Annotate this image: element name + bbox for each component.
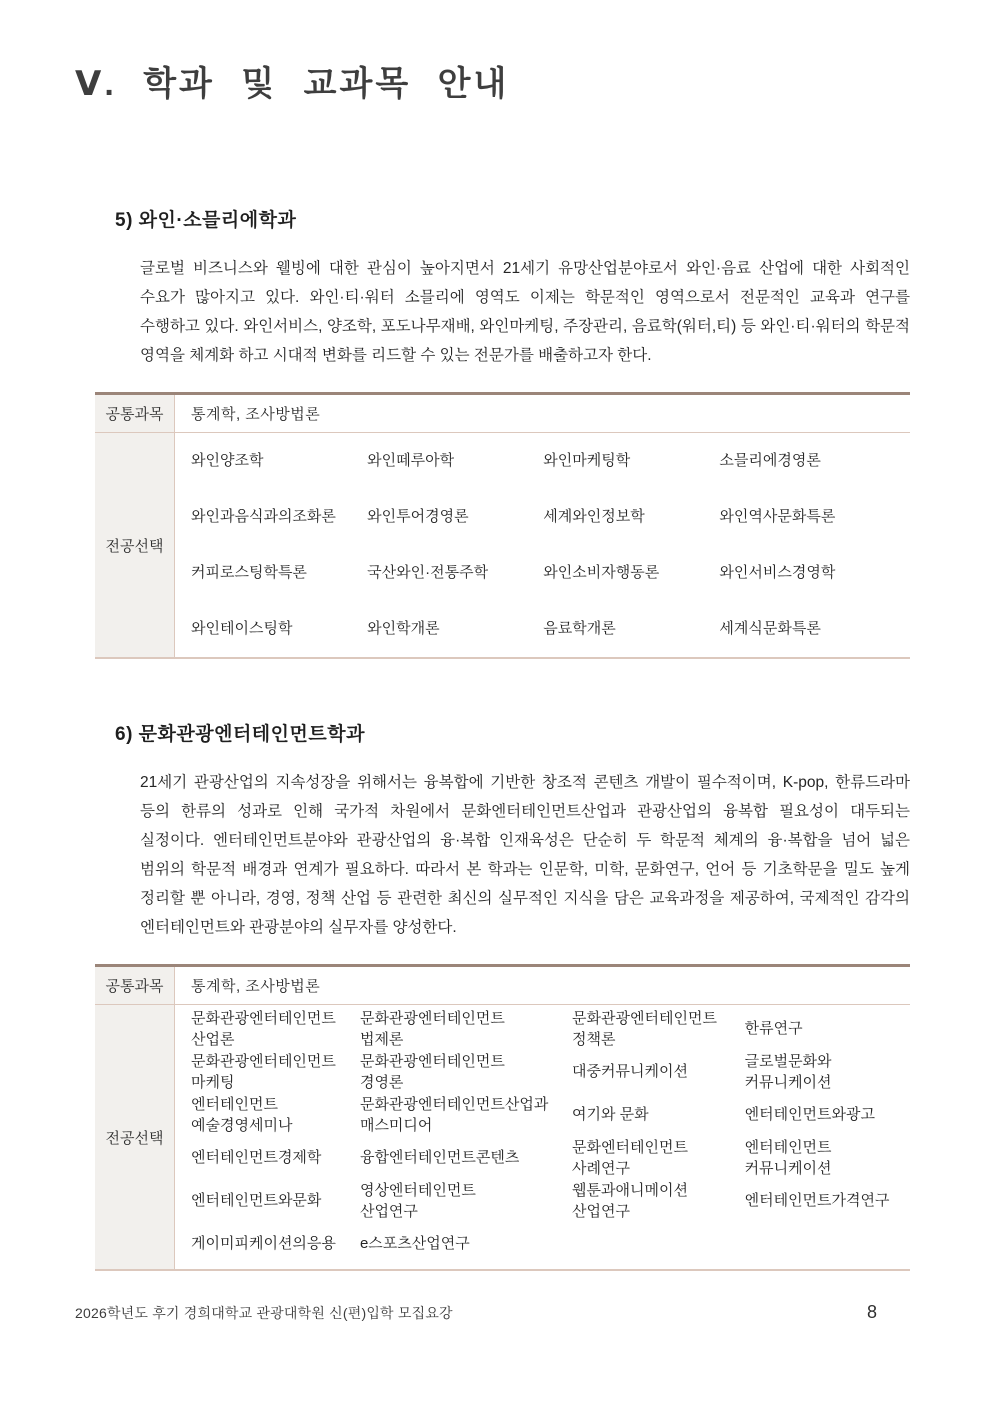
course-item: 엔터테인먼트가격연구 — [745, 1191, 910, 1211]
course-item: 문화관광엔터테인먼트 법제론 — [360, 1009, 572, 1050]
course-item: 웹툰과애니메이션 산업연구 — [572, 1181, 745, 1222]
course-item: 문화관광엔터테인먼트 마케팅 — [191, 1052, 360, 1093]
course-item: 와인테이스팅학 — [191, 619, 367, 639]
course-item: 문화관광엔터테인먼트산업과 매스미디어 — [360, 1095, 572, 1136]
major-electives-header: 전공선택 — [95, 433, 175, 657]
course-item: 엔터테인먼트 예술경영세미나 — [191, 1095, 360, 1136]
course-item: 와인서비스경영학 — [719, 563, 910, 583]
course-item: 엔터테인먼트와광고 — [745, 1105, 910, 1125]
page-footer: 2026학년도 후기 경희대학교 관광대학원 신(편)입학 모집요강 8 — [75, 1302, 877, 1323]
course-item: 여기와 문화 — [572, 1105, 745, 1125]
course-item: 엔터테인먼트 커뮤니케이션 — [745, 1138, 910, 1179]
course-item: 세계와인정보학 — [543, 507, 719, 527]
section-wine-sommelier: 5) 와인·소믈리에학과 글로벌 비즈니스와 웰빙에 대한 관심이 높아지면서 … — [0, 205, 1000, 659]
course-item: 문화엔터테인먼트 사례연구 — [572, 1138, 745, 1179]
common-subjects-header: 공통과목 — [95, 395, 175, 432]
section-heading: 6) 문화관광엔터테인먼트학과 — [115, 719, 1000, 746]
page-number: 8 — [867, 1302, 877, 1323]
course-item: 글로벌문화와 커뮤니케이션 — [745, 1052, 910, 1093]
course-item: 국산와인·전통주학 — [367, 563, 543, 583]
table-row-common: 공통과목 통계학, 조사방법론 — [95, 967, 910, 1005]
course-item: 엔터테인먼트와문화 — [191, 1191, 360, 1211]
course-item: 게이미피케이션의응용 — [191, 1234, 360, 1254]
course-item: 세계식문화특론 — [719, 619, 910, 639]
major-electives-grid: 와인양조학와인떼루아학와인마케팅학소믈리에경영론와인과음식과의조화론와인투어경영… — [175, 433, 910, 657]
course-item: 와인마케팅학 — [543, 451, 719, 471]
course-item: 와인학개론 — [367, 619, 543, 639]
course-item: 와인투어경영론 — [367, 507, 543, 527]
course-item: 엔터테인먼트경제학 — [191, 1148, 360, 1168]
major-electives-grid: 문화관광엔터테인먼트 산업론문화관광엔터테인먼트 법제론문화관광엔터테인먼트 정… — [175, 1005, 910, 1269]
course-item: 커피로스팅학특론 — [191, 563, 367, 583]
section-description: 글로벌 비즈니스와 웰빙에 대한 관심이 높아지면서 21세기 유망산업분야로서… — [140, 254, 910, 370]
document-page: Ⅴ. 학과 및 교과목 안내 5) 와인·소믈리에학과 글로벌 비즈니스와 웰빙… — [0, 0, 1000, 1415]
course-item: 한류연구 — [745, 1019, 910, 1039]
course-item: 영상엔터테인먼트 산업연구 — [360, 1181, 572, 1222]
course-item: e스포츠산업연구 — [360, 1234, 572, 1254]
course-item: 와인떼루아학 — [367, 451, 543, 471]
course-item: 와인역사문화특론 — [719, 507, 910, 527]
common-subjects-value: 통계학, 조사방법론 — [175, 967, 910, 1004]
table-row-common: 공통과목 통계학, 조사방법론 — [95, 395, 910, 433]
table-row-major: 전공선택 문화관광엔터테인먼트 산업론문화관광엔터테인먼트 법제론문화관광엔터테… — [95, 1005, 910, 1269]
course-item: 문화관광엔터테인먼트 정책론 — [572, 1009, 745, 1050]
course-table: 공통과목 통계학, 조사방법론 전공선택 문화관광엔터테인먼트 산업론문화관광엔… — [95, 964, 910, 1271]
course-item: 문화관광엔터테인먼트 경영론 — [360, 1052, 572, 1093]
course-item: 융합엔터테인먼트콘텐츠 — [360, 1148, 572, 1168]
table-row-major: 전공선택 와인양조학와인떼루아학와인마케팅학소믈리에경영론와인과음식과의조화론와… — [95, 433, 910, 657]
section-culture-entertainment: 6) 문화관광엔터테인먼트학과 21세기 관광산업의 지속성장을 위해서는 융복… — [0, 719, 1000, 1271]
section-description: 21세기 관광산업의 지속성장을 위해서는 융복합에 기반한 창조적 콘텐츠 개… — [140, 768, 910, 942]
section-heading: 5) 와인·소믈리에학과 — [115, 205, 1000, 232]
major-electives-header: 전공선택 — [95, 1005, 175, 1269]
common-subjects-value: 통계학, 조사방법론 — [175, 395, 910, 432]
page-title: Ⅴ. 학과 및 교과목 안내 — [75, 56, 1000, 105]
common-subjects-header: 공통과목 — [95, 967, 175, 1004]
course-item: 와인양조학 — [191, 451, 367, 471]
course-item: 와인과음식과의조화론 — [191, 507, 367, 527]
course-item: 문화관광엔터테인먼트 산업론 — [191, 1009, 360, 1050]
footer-text: 2026학년도 후기 경희대학교 관광대학원 신(편)입학 모집요강 — [75, 1303, 453, 1323]
course-table: 공통과목 통계학, 조사방법론 전공선택 와인양조학와인떼루아학와인마케팅학소믈… — [95, 392, 910, 659]
course-item: 와인소비자행동론 — [543, 563, 719, 583]
course-item: 소믈리에경영론 — [719, 451, 910, 471]
course-item: 대중커뮤니케이션 — [572, 1062, 745, 1082]
course-item: 음료학개론 — [543, 619, 719, 639]
